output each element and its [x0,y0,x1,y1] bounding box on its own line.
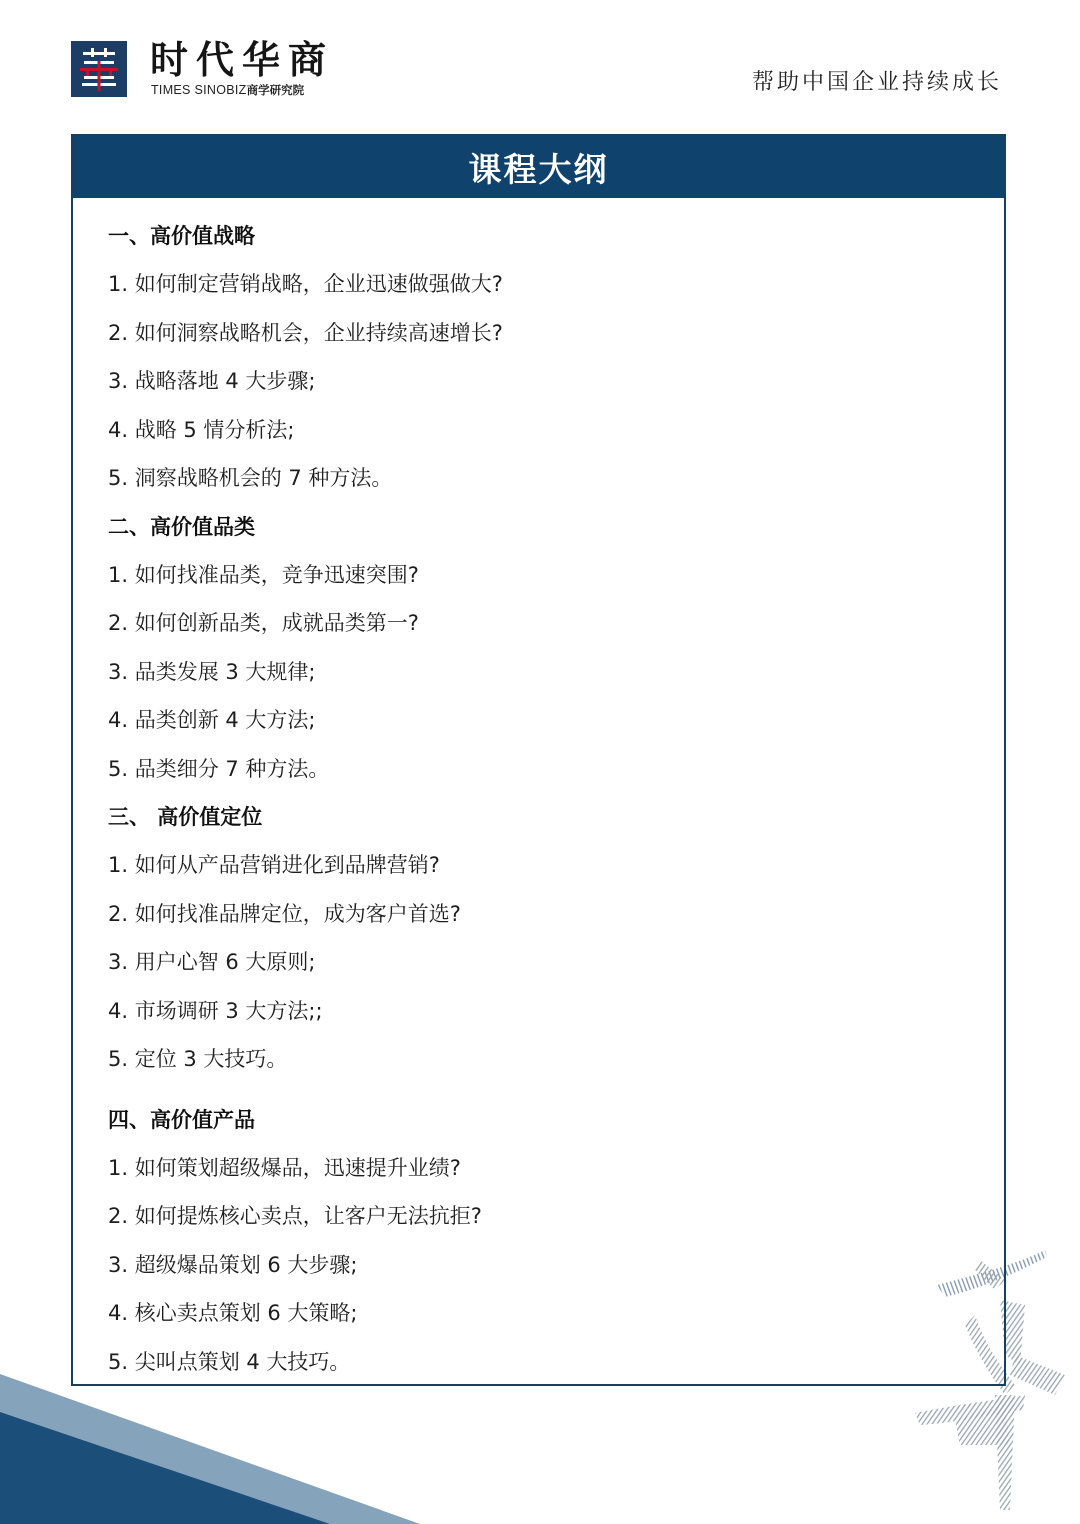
brand-subtitle: TIMES SINOBIZ商学研究院 [151,82,304,99]
outline-header: 课程大纲 [73,136,1004,198]
outline-content: 一、高价值战略 1. 如何制定营销战略，企业迅速做强做大? 2. 如何洞察战略机… [108,214,503,1388]
slogan: 帮助中国企业持续成长 [752,68,1002,98]
list-item: 4. 战略 5 情分析法; [108,408,503,457]
list-item: 2. 如何提炼核心卖点，让客户无法抗拒? [108,1194,503,1243]
list-item: 5. 定位 3 大技巧。 [108,1037,503,1086]
section-strategy: 一、高价值战略 1. 如何制定营销战略，企业迅速做强做大? 2. 如何洞察战略机… [108,214,503,505]
list-item: 3. 超级爆品策划 6 大步骤; [108,1243,503,1292]
list-item: 3. 用户心智 6 大原则; [108,940,503,989]
outline-title: 课程大纲 [469,144,609,191]
list-item: 4. 市场调研 3 大方法;; [108,989,503,1038]
list-item: 4. 品类创新 4 大方法; [108,698,503,747]
list-item: 2. 如何找准品牌定位，成为客户首选? [108,892,503,941]
brand-name: 时代华商 [150,38,334,82]
brand-subtitle-cn: 商学研究院 [247,85,305,97]
list-item: 4. 核心卖点策划 6 大策略; [108,1291,503,1340]
list-item: 2. 如何洞察战略机会，企业持续高速增长? [108,311,503,360]
list-item: 5. 品类细分 7 种方法。 [108,747,503,796]
section-product: 四、高价值产品 1. 如何策划超级爆品，迅速提升业绩? 2. 如何提炼核心卖点，… [108,1098,503,1389]
list-item: 1. 如何制定营销战略，企业迅速做强做大? [108,262,503,311]
list-item: 5. 尖叫点策划 4 大技巧。 [108,1340,503,1389]
list-item: 1. 如何策划超级爆品，迅速提升业绩? [108,1146,503,1195]
section-positioning: 三、 高价值定位 1. 如何从产品营销进化到品牌营销? 2. 如何找准品牌定位，… [108,795,503,1086]
section-title: 二、高价值品类 [108,505,503,553]
brand-subtitle-en: TIMES SINOBIZ [151,83,247,97]
list-item: 1. 如何找准品类，竞争迅速突围? [108,553,503,602]
decorative-triangles [0,1374,420,1524]
list-item: 3. 品类发展 3 大规律; [108,650,503,699]
list-item: 5. 洞察战略机会的 7 种方法。 [108,456,503,505]
section-title: 一、高价值战略 [108,214,503,262]
list-item: 1. 如何从产品营销进化到品牌营销? [108,843,503,892]
logo-icon [71,41,127,97]
section-title: 四、高价值产品 [108,1098,503,1146]
section-category: 二、高价值品类 1. 如何找准品类，竞争迅速突围? 2. 如何创新品类，成就品类… [108,505,503,796]
list-item: 3. 战略落地 4 大步骤; [108,359,503,408]
list-item: 2. 如何创新品类，成就品类第一? [108,601,503,650]
section-title: 三、 高价值定位 [108,795,503,843]
